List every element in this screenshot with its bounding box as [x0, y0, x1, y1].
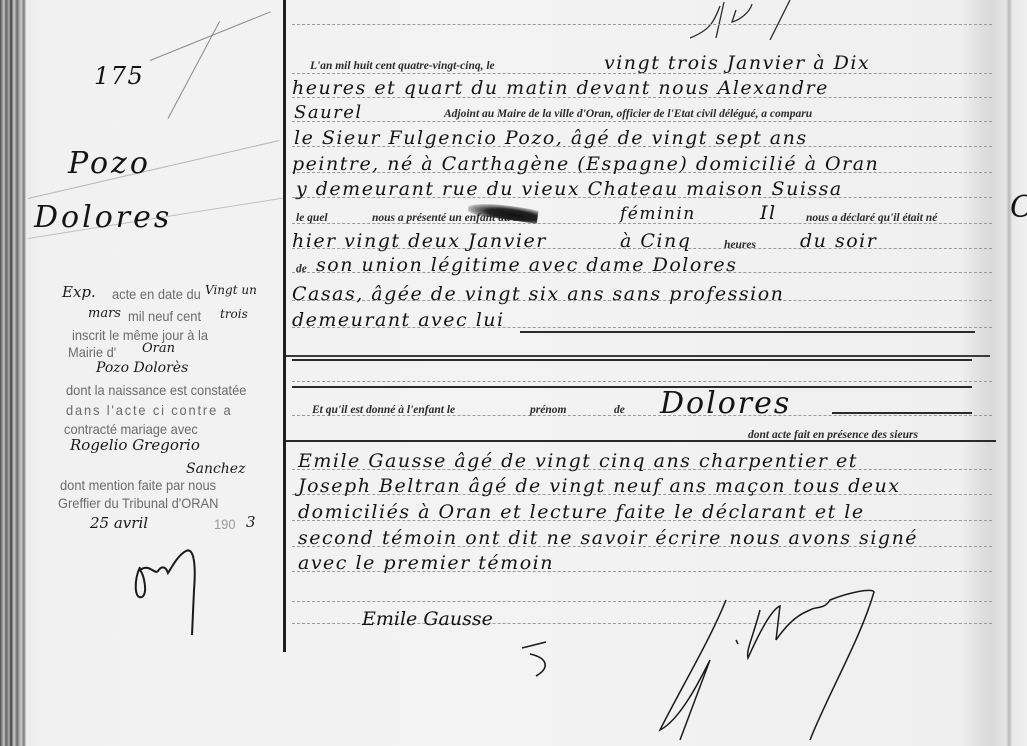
annotation-date: 25 avril: [90, 514, 148, 532]
annotation-text: dans l'acte ci contre a: [66, 402, 232, 418]
greffier-signature: [132, 545, 212, 640]
handwritten-witness-line: Joseph Beltran âgé de vingt neuf ans maç…: [298, 475, 901, 497]
annotation-spouse-name: Rogelio Gregorio: [70, 436, 200, 454]
printed-form-text: heures: [724, 239, 756, 251]
annotation-prefix: Exp.: [62, 283, 96, 301]
annotation-text: Greffier du Tribunal d'ORAN: [58, 495, 218, 511]
officer-signature: [640, 580, 900, 746]
handwritten-mother: son union légitime avec dame Dolores: [316, 254, 737, 276]
handwritten-time-officer: heures et quart du matin devant nous Ale…: [292, 77, 829, 99]
handwritten-mother-details: Casas, âgée de vingt six ans sans profes…: [292, 283, 784, 305]
annotation-text: dont la naissance est constatée: [66, 382, 246, 398]
handwritten-birth-time: du soir: [800, 230, 877, 252]
margin-pencil-line: [168, 21, 221, 119]
annotation-year-digit: 3: [246, 513, 256, 531]
annotation-text: dont mention faite par nous: [60, 477, 216, 493]
page-fold-shadow: [1006, 0, 1012, 746]
printed-form-text: Et qu'il est donné à l'enfant le: [312, 404, 455, 416]
handwritten-witness-line: second témoin ont dit ne savoir écrire n…: [298, 527, 918, 549]
fill-stroke: [520, 331, 975, 333]
handwritten-witness-line: domiciliés à Oran et lecture faite le dé…: [298, 501, 865, 523]
printed-form-text: prénom: [530, 404, 566, 416]
annotation-date-month: mars: [88, 306, 121, 321]
annotation-date-day: Vingt un: [205, 283, 257, 297]
handwritten-witness-line: avec le premier témoin: [298, 552, 554, 574]
witness-signature-flourish: [500, 640, 560, 680]
handwritten-date: vingt trois Janvier à Dix: [604, 52, 870, 74]
margin-surname: Pozo: [68, 146, 151, 181]
document-page: 175 Pozo Dolores Exp. acte en date du Vi…: [0, 0, 1027, 746]
annotation-year-print: 190: [214, 516, 235, 532]
margin-given-name: Dolores: [34, 200, 172, 235]
printed-form-text: Adjoint au Maire de la ville d'Oran, off…: [444, 108, 812, 120]
handwritten-declarant-origin: peintre, né à Carthagène (Espagne) domic…: [292, 153, 879, 175]
margin-guide-line: [28, 140, 280, 199]
printed-form-text: de: [296, 263, 307, 275]
adjacent-page-letter: O: [1010, 190, 1027, 225]
top-register-mark: [680, 0, 820, 40]
handwritten-given-name: Dolores: [660, 386, 791, 421]
annotation-text: inscrit le même jour à la: [72, 327, 208, 343]
handwritten-sex: féminin: [620, 204, 696, 224]
margin-divider-rule: [283, 0, 286, 652]
annotation-text: mil neuf cent: [128, 308, 201, 324]
annotation-text: contracté mariage avec: [64, 421, 198, 437]
handwritten-witness-line: Emile Gausse âgé de vingt cinq ans charp…: [298, 450, 858, 472]
fill-stroke: [832, 412, 972, 414]
annotation-text: Mairie d': [68, 344, 116, 360]
act-number: 175: [94, 62, 144, 90]
fill-stroke: [292, 386, 972, 388]
handwritten-pronoun: Il: [760, 202, 777, 224]
witness-signature: Emile Gausse: [362, 608, 493, 630]
section-rule: [286, 355, 990, 357]
printed-form-text: L'an mil huit cent quatre-vingt-cinq, le: [310, 60, 495, 72]
annotation-name: Pozo Dolorès: [96, 360, 188, 376]
fill-stroke: [292, 359, 972, 361]
book-binding: [0, 0, 26, 746]
annotation-date-year: trois: [220, 307, 248, 321]
annotation-commune: Oran: [142, 341, 175, 356]
printed-form-text: le quel: [296, 212, 328, 224]
handwritten-declarant: le Sieur Fulgencio Pozo, âgé de vingt se…: [294, 127, 808, 149]
printed-form-text: nous a déclaré qu'il était né: [806, 212, 937, 224]
handwritten-declarant-address: y demeurant rue du vieux Chateau maison …: [296, 178, 843, 200]
printed-form-text: de: [614, 404, 625, 416]
handwritten-residence: demeurant avec lui: [292, 309, 505, 331]
handwritten-birth-date: hier vingt deux Janvier: [292, 230, 547, 252]
annotation-spouse-surname: Sanchez: [186, 461, 245, 477]
annotation-text: acte en date du: [112, 286, 201, 302]
printed-form-text: dont acte fait en présence des sieurs: [748, 429, 918, 441]
handwritten-birth-hour: à Cinq: [620, 230, 691, 252]
handwritten-officer-surname: Saurel: [294, 102, 363, 123]
